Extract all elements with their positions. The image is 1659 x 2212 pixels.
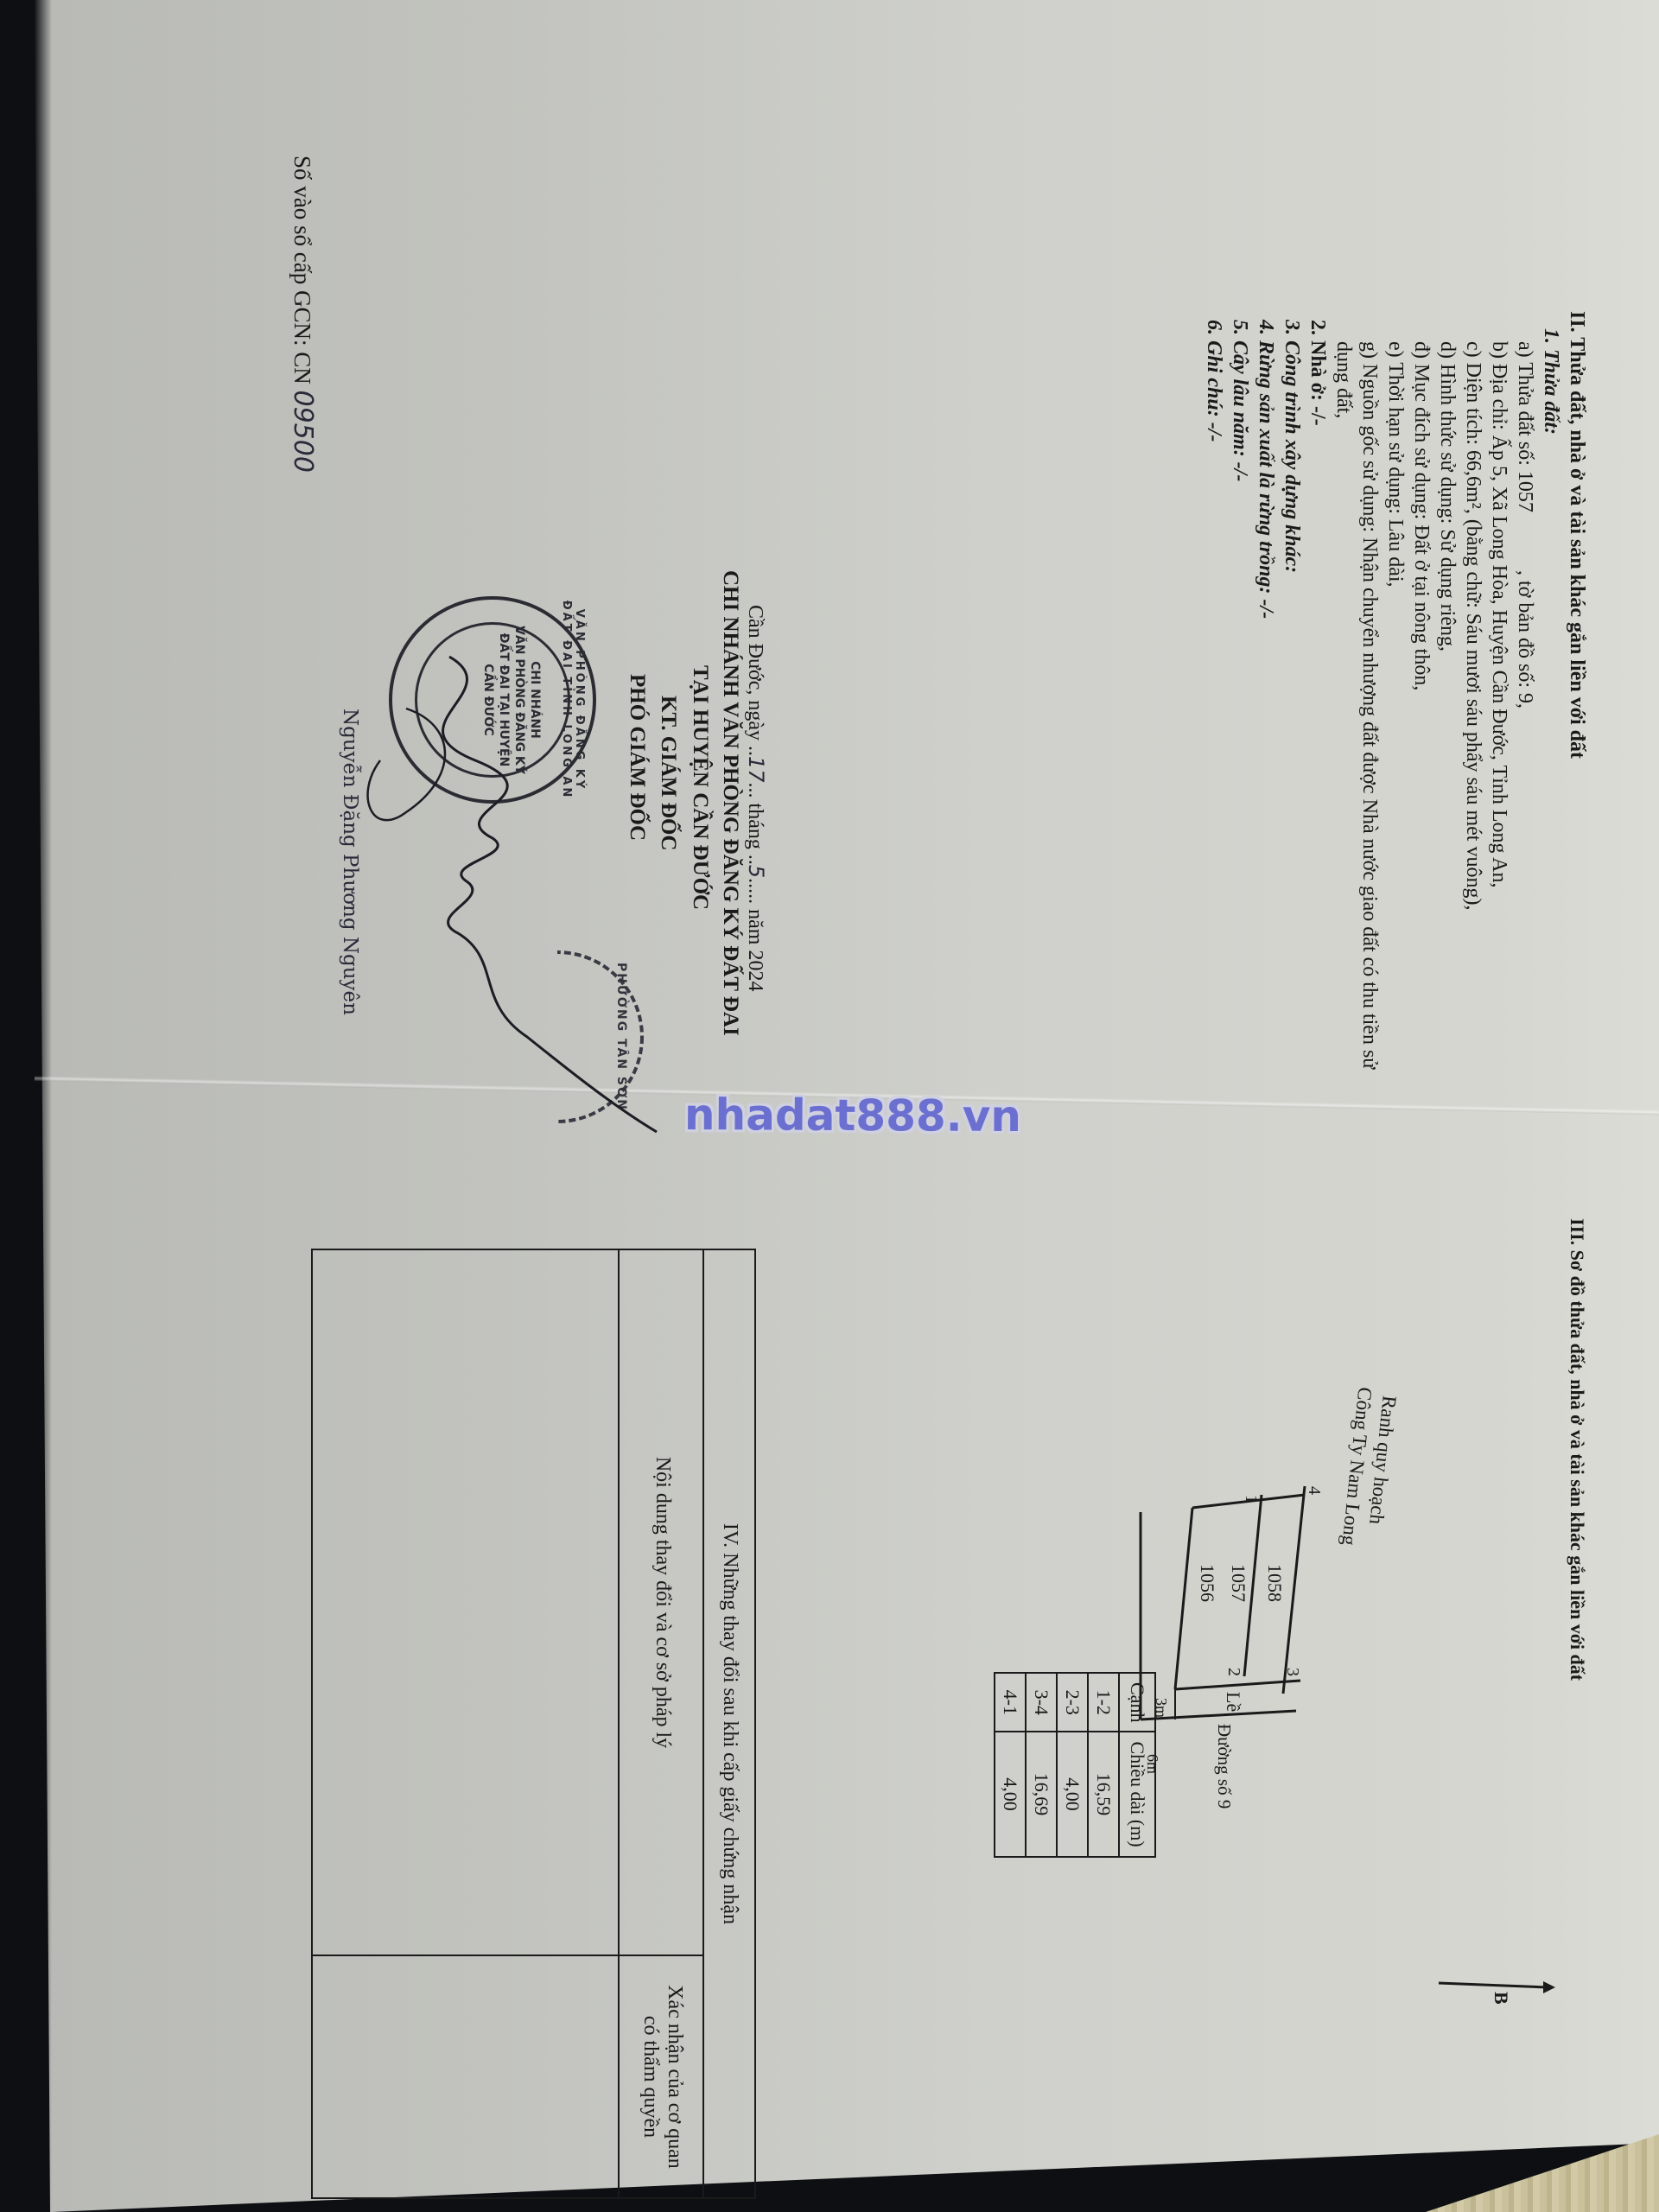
usage-purpose: đ) Mục đích sử dụng: Đất ở tại nông thôn… bbox=[1408, 341, 1434, 690]
parcel-address: b) Địa chỉ: Ấp 5, Xã Long Hòa, Huyện Cần… bbox=[1486, 341, 1512, 887]
corner-label: 2 bbox=[1224, 1668, 1243, 1676]
usage-form: d) Hình thức sử dụng: Sử dụng riêng, bbox=[1434, 341, 1460, 652]
table-row: 3-4 16,69 bbox=[1026, 1673, 1057, 1857]
parcel-label-main: 1057 bbox=[1228, 1564, 1249, 1602]
parcel-label: 1056 bbox=[1197, 1564, 1218, 1602]
table-row: 4-1 4,00 bbox=[995, 1673, 1026, 1857]
registry-label-text: Số vào sổ cấp GCN: CN bbox=[289, 156, 315, 385]
north-label: B bbox=[1491, 1992, 1512, 2005]
signing-place-date: Cần Đước, ngày ..17... tháng ..5..... nă… bbox=[742, 605, 769, 991]
length-cell: 4,00 bbox=[1057, 1732, 1088, 1856]
corner-label: 1 bbox=[1242, 1495, 1261, 1503]
usage-origin: g) Nguồn gốc sử dụng: Nhận chuyển nhượng… bbox=[1357, 341, 1382, 1069]
date-prefix: Cần Đước, ngày .. bbox=[744, 605, 766, 756]
corner-label: 4 bbox=[1305, 1486, 1324, 1495]
table-row: 2-3 4,00 bbox=[1057, 1673, 1088, 1857]
edge-cell: 2-3 bbox=[1057, 1673, 1088, 1732]
section-iii-title: III. Sơ đồ thửa đất, nhà ở và tài sản kh… bbox=[1564, 1218, 1590, 1681]
office-name: CHI NHÁNH VĂN PHÒNG ĐĂNG KÝ ĐẤT ĐAI bbox=[717, 570, 743, 1036]
handwritten-month: 5 bbox=[744, 865, 768, 878]
changes-table-header-row: Nội dung thay đổi và cơ sở pháp lý Xác n… bbox=[618, 1250, 704, 2197]
column-header-edge: Cạnh bbox=[1119, 1673, 1155, 1732]
month-prefix: ... tháng .. bbox=[744, 783, 766, 865]
column-header-length: Chiều dài (m) bbox=[1119, 1732, 1155, 1856]
map-sheet-number: , tờ bản đồ số: 9, bbox=[1512, 570, 1538, 709]
edge-cell: 1-2 bbox=[1088, 1673, 1119, 1732]
parcel-diagram: 4 1 2 3 1058 1057 1056 Lề Đường số 9 3m … bbox=[1132, 1460, 1339, 1832]
road-label: Đường số 9 bbox=[1214, 1724, 1235, 1808]
table-header-row: Cạnh Chiều dài (m) bbox=[1119, 1673, 1155, 1857]
parcel-label: 1058 bbox=[1264, 1564, 1286, 1602]
usage-origin-cont: dụng đất, bbox=[1331, 341, 1357, 418]
north-arrow-icon: B bbox=[1434, 1940, 1555, 2026]
office-district: TẠI HUYỆN CẦN ĐƯỚC bbox=[687, 665, 713, 910]
signer-name: Nguyễn Đặng Phương Nguyên bbox=[337, 709, 363, 1015]
edge-cell: 4-1 bbox=[995, 1673, 1026, 1732]
registry-number: 09500 bbox=[288, 391, 318, 473]
other-construction-line: 3. Công trình xây dựng khác: bbox=[1279, 320, 1305, 573]
length-cell: 4,00 bbox=[995, 1732, 1026, 1856]
edge-cell: 3-4 bbox=[1026, 1673, 1057, 1732]
section-ii-title: II. Thửa đất, nhà ở và tài sản khác gắn … bbox=[1564, 311, 1590, 759]
handwritten-day: 17 bbox=[744, 756, 768, 783]
column-header-content: Nội dung thay đổi và cơ sở pháp lý bbox=[651, 1250, 675, 1955]
column-header-confirmation: Xác nhận của cơ quan có thẩm quyền bbox=[639, 1956, 687, 2197]
year-prefix: ..... năm 2024 bbox=[744, 878, 766, 991]
watermark: nhadat888.vn bbox=[684, 1090, 1021, 1141]
usage-term: e) Thời hạn sử dụng: Lâu dài, bbox=[1382, 341, 1408, 588]
sidewalk-label: Lề bbox=[1223, 1692, 1244, 1712]
parcel-heading: 1. Thửa đất: bbox=[1538, 328, 1564, 435]
edge-length-table: Cạnh Chiều dài (m) 1-2 16,59 2-3 4,00 3-… bbox=[994, 1672, 1156, 1858]
production-forest-line: 4. Rừng sản xuất là rừng trồng: -/- bbox=[1253, 320, 1279, 619]
confirm-header-line: Xác nhận của cơ quan bbox=[663, 1956, 687, 2197]
table-row: 1-2 16,59 bbox=[1088, 1673, 1119, 1857]
section-iv-title: IV. Những thay đổi sau khi cấp giấy chứn… bbox=[718, 1250, 742, 2197]
parcel-area: c) Diện tích: 66,6m², (bằng chữ: Sáu mươ… bbox=[1460, 341, 1486, 910]
registry-label: Số vào sổ cấp GCN: CN 09500 bbox=[289, 156, 315, 473]
confirm-header-line: có thẩm quyền bbox=[639, 1956, 663, 2197]
changes-table: IV. Những thay đổi sau khi cấp giấy chứn… bbox=[311, 1249, 756, 2199]
perennial-trees-line: 5. Cây lâu năm: -/- bbox=[1227, 320, 1253, 481]
length-cell: 16,69 bbox=[1026, 1732, 1057, 1856]
column-divider bbox=[313, 1955, 704, 1956]
length-cell: 16,59 bbox=[1088, 1732, 1119, 1856]
house-line: 2. Nhà ở: -/- bbox=[1305, 320, 1331, 426]
parcel-number: a) Thửa đất số: 1057 bbox=[1512, 341, 1538, 512]
changes-table-title-row: IV. Những thay đổi sau khi cấp giấy chứn… bbox=[702, 1250, 754, 2197]
notes-line: 6. Ghi chú: -/- bbox=[1201, 320, 1227, 442]
corner-label: 3 bbox=[1283, 1668, 1302, 1676]
